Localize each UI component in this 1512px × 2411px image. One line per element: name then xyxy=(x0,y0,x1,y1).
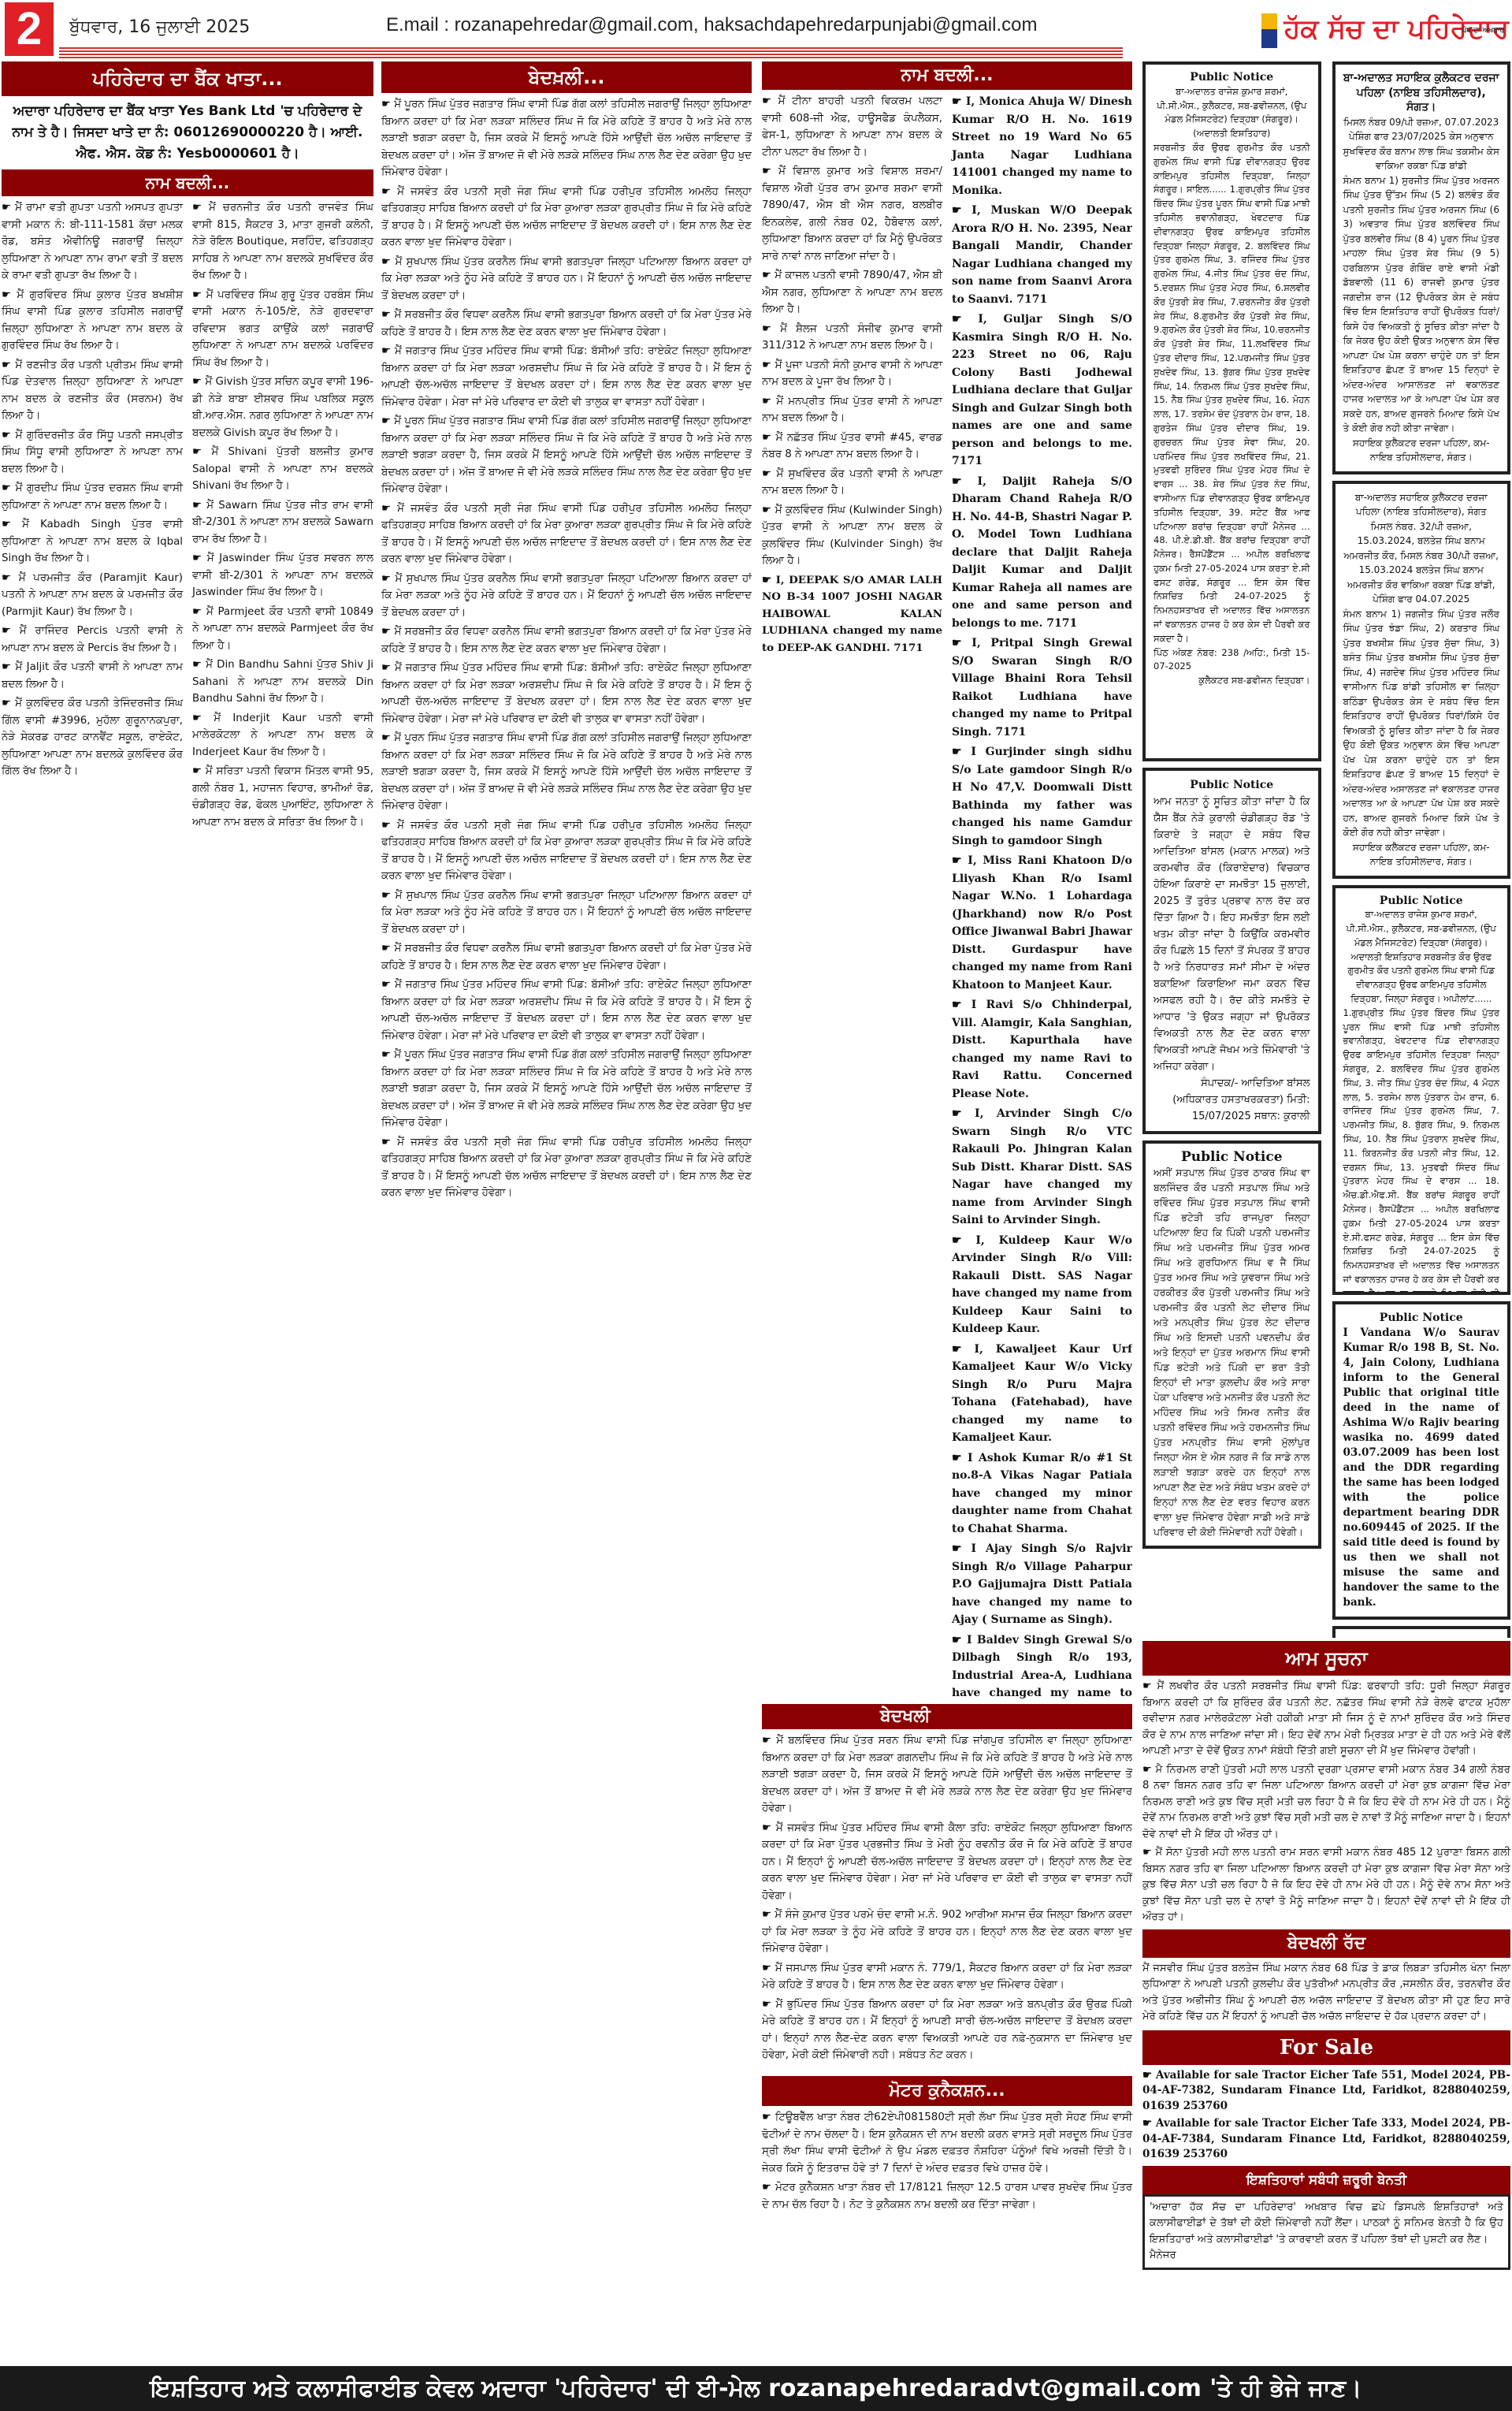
notice-item: ਮੈਂ Givish ਪੁੱਤਰ ਸਚਿਨ ਕਪੂਰ ਵਾਸੀ 196-ਡੀ ਨ… xyxy=(192,374,373,441)
notice-item: I, DEEPAK S/O AMAR LALH NO B-34 1007 JOS… xyxy=(762,572,942,657)
notice-item: I, Pritpal Singh Grewal S/O Swaran Singh… xyxy=(952,634,1132,741)
footer-banner: ਇਸ਼ਤਿਹਾਰ ਅਤੇ ਕਲਾਸੀਫਾਈਡ ਕੇਵਲ ਅਦਾਰਾ 'ਪਹਿਰੇ… xyxy=(0,2366,1512,2411)
notice-item: ਮੈਂ ਜਸਵੰਤ ਕੌਰ ਪਤਨੀ ਸ੍ਰੀ ਜੰਗ ਸਿੰਘ ਵਾਸੀ ਪਿ… xyxy=(381,1134,752,1202)
for-sale-banner: For Sale xyxy=(1142,2030,1510,2065)
notice-body: I Vandana W/o Saurav Kumar R/o 198 B, St… xyxy=(1343,1326,1500,1610)
notice-item: ਮੈਂ ਸੰਜੇ ਕੁਮਾਰ ਪੁੱਤਰ ਪਰਮੇ ਚੰਦ ਵਾਸੀ ਮ.ਨੰ.… xyxy=(762,1907,1132,1958)
logo-tagline: ਪੰਥ ਦਾ ਅਖ਼ਬਾਰ xyxy=(1462,5,1504,57)
notice-signature: ਸੰਪਾਦਕ/- ਆਦਿਤਿਆ ਬਾਂਸਲ (ਅਧਿਕਾਰਤ ਹਸਤਾਖਰਕਰਤ… xyxy=(1154,1075,1310,1125)
notice-body: ਅਸੀਂ ਸਤਪਾਲ ਸਿੰਘ ਪੁੱਤਰ ਠਾਕਰ ਸਿੰਘ ਵਾ ਬਲਜਿੰ… xyxy=(1154,1165,1310,1539)
notice-item: ਮੈਂ ਸੁਖਪਾਲ ਸਿੰਘ ਪੁੱਤਰ ਕਰਨੈਲ ਸਿੰਘ ਵਾਸੀ ਭਗ… xyxy=(381,254,752,305)
notice-item: ਮੈਂ ਸੁਖਪਾਲ ਸਿੰਘ ਪੁੱਤਰ ਕਰਨੈਲ ਸਿੰਘ ਵਾਸੀ ਭਗ… xyxy=(381,571,752,622)
notice-subtitle: ਬਾ-ਅਦਾਲਤ ਰਾਜੇਸ਼ ਕੁਮਾਰ ਸ਼ਰਮਾਂ, ਪੀ.ਸੀ.ਐਸ.,… xyxy=(1343,908,1500,1006)
disinherit-right-items: ਮੈਂ ਬਲਵਿੰਦਰ ਸਿੰਘ ਪੁੱਤਰ ਸਰਨ ਸਿੰਘ ਵਾਸੀ ਪਿੰ… xyxy=(762,1732,1132,2071)
name-change-right-section: ਨਾਮ ਬਦਲੀ... ਮੈਂ ਟੀਨਾ ਬਾਹਰੀ ਪਤਨੀ ਵਿਕਰਮ ਪਲ… xyxy=(762,61,1132,2216)
notice-subtitle: ਮਿਸਲ ਨੰਬਰ. 32/ਪੀ ਰਜ਼ਆ, 15.03.2024, ਬਲਤੇਜ… xyxy=(1343,519,1500,607)
notice-body: ਆਮ ਜਨਤਾ ਨੂੰ ਸੂਚਿਤ ਕੀਤਾ ਜਾਂਦਾ ਹੈ ਕਿ ਯੈੱਸ … xyxy=(1154,794,1310,1075)
notice-item: ਮੈਂ Din Bandhu Sahni ਪੁੱਤਰ Shiv Ji Sahan… xyxy=(192,657,373,708)
punjabi-notices: ਮੈਂ ਟੀਨਾ ਬਾਹਰੀ ਪਤਨੀ ਵਿਕਰਮ ਪਲਟਾ ਵਾਸੀ 608-… xyxy=(762,93,942,1701)
notice-item: ਮੈਂ ਪਰਮਜੀਤ ਕੌਰ (Paramjit Kaur) ਪਤਨੀ ਨੇ ਆ… xyxy=(2,570,183,621)
notice-body: ਸਰਬਜੀਤ ਕੌਰ ਉਰਫ ਗੁਰਮੀਤ ਕੌਰ ਪਤਨੀ ਗੁਰਮੇਲ ਸਿ… xyxy=(1154,141,1310,646)
bank-details: ਅਦਾਰਾ ਪਹਿਰੇਦਾਰ ਦਾ ਬੈਂਕ ਖਾਤਾ Yes Bank Ltd… xyxy=(2,98,373,168)
notice-signature: ਸਹਾਇਕ ਕਲੈਕਟਰ ਦਰਜਾ ਪਹਿਲਾ, ਕਮ-ਨਾਇਬ ਤਹਿਸੀਲਦ… xyxy=(1343,840,1500,869)
notice-item: ਮੈਂ ਵਿਸ਼ਾਲ ਕੁਮਾਰ ਅਤੇ ਵਿਸ਼ਾਲ ਸ਼ਰਮਾ/ਵਿਸ਼ਾਲ… xyxy=(762,163,942,265)
notice-item: ਮੈਂ ਭੁਪਿੰਦਰ ਸਿੰਘ ਪੁੱਤਰ ਬਿਆਨ ਕਰਦਾ ਹਾਂ ਕਿ … xyxy=(762,1996,1132,2064)
notice-item: ਮੈਂ ਚਰਨਜੀਤ ਕੌਰ ਪਤਨੀ ਰਾਜਵੰਤ ਸਿੰਘ ਵਾਸੀ 815… xyxy=(192,199,373,285)
disclaimer-signature: ਮੈਨੇਜਰ xyxy=(1150,2248,1503,2264)
public-notice-box: Public Notice ਆਮ ਜਨਤਾ ਨੂੰ ਸੂਚਿਤ ਕੀਤਾ ਜਾਂ… xyxy=(1142,768,1321,1134)
notice-item: ਮੈਂ ਜਸਵੰਤ ਸਿੰਘ ਪੁੱਤਰ ਮਹਿੰਦਰ ਸਿੰਘ ਵਾਸੀ ਕੈ… xyxy=(762,1820,1132,1905)
notice-item: I, Muskan W/O Deepak Arora R/O H. No. 23… xyxy=(952,202,1132,308)
khanda-flag-icon xyxy=(1261,13,1277,48)
notice-item: ਮੈਂ Shivani ਪੁੱਤਰੀ ਬਲਜੀਤ ਕੁਮਾਰ Salopal ਵ… xyxy=(192,444,373,495)
notice-title: ਬਾ-ਅਦਾਲਤ ਸਹਾਇਕ ਕੁਲੈਕਟਰ ਦਰਜਾ ਪਹਿਲਾ (ਨਾਇਬ … xyxy=(1343,71,1500,115)
name-change-right-columns: ਮੈਂ ਟੀਨਾ ਬਾਹਰੀ ਪਤਨੀ ਵਿਕਰਮ ਪਲਟਾ ਵਾਸੀ 608-… xyxy=(762,93,1132,1701)
notice-item: ਮੈਂ ਬਲਵਿੰਦਰ ਸਿੰਘ ਪੁੱਤਰ ਸਰਨ ਸਿੰਘ ਵਾਸੀ ਪਿੰ… xyxy=(762,1732,1132,1818)
page-number: 2 xyxy=(5,2,54,56)
public-notice-box: Public Notice ਬਾ-ਅਦਾਲਤ ਰਾਜੇਸ਼ ਕੁਮਾਰ ਸ਼ਰਮ… xyxy=(1332,885,1511,1295)
notice-item: ਮੈਂ ਪੂਰਨ ਸਿੰਘ ਪੁੱਤਰ ਜਗਤਾਰ ਸਿੰਘ ਵਾਸੀ ਪਿੰਡ… xyxy=(381,730,752,815)
notice-item: ਮੈਂ ਸੁਖਵਿੰਦਰ ਕੌਰ ਪਤਨੀ ਵਾਸੀ ਨੇ ਆਪਣਾ ਨਾਮ ਬ… xyxy=(762,466,942,500)
notice-item: ਮੈਂ ਰਾਜਿੰਦਰ Percis ਪਤਨੀ ਵਾਸੀ ਨੇ ਆਪਣਾ ਨਾਮ… xyxy=(2,623,183,657)
notice-item: ਮੈਂ ਗੁਰਵਿੰਦਰ ਸਿੰਘ ਕੁਲਾਰ ਪੁੱਤਰ ਬਖਸ਼ੀਸ਼ ਸਿ… xyxy=(2,287,183,355)
notice-item: ਮੈ ਨਿਰਮਲ ਰਾਣੀ ਪੁੱਤਰੀ ਮਹੀ ਲਾਲ ਪਤਨੀ ਦੁਰਗਾ … xyxy=(1142,1762,1510,1844)
notice-item: I Gurjinder singh sidhu S/o Late gamdoor… xyxy=(952,743,1132,850)
notice-item: ਮੋਟਰ ਕੁਨੈਕਸ਼ਨ ਖਾਤਾ ਨੰਬਰ ਦੀ 17/8121 ਜ਼ਿਲ੍… xyxy=(762,2179,1132,2213)
header-rule xyxy=(59,47,1123,58)
court-notices: Public Notice ਬਾ-ਅਦਾਲਤ ਰਾਜੇਸ਼ ਕੁਮਾਰ ਸ਼ਰਮ… xyxy=(1142,61,1510,1638)
issue-date: ਬੁੱਧਵਾਰ, 16 ਜੁਲਾਈ 2025 xyxy=(69,17,250,37)
notice-item: ਮੈਂ ਸੁਖਪਾਲ ਸਿੰਘ ਪੁੱਤਰ ਕਰਨੈਲ ਸਿੰਘ ਵਾਸੀ ਭਗ… xyxy=(381,887,752,939)
court-notices-left: Public Notice ਬਾ-ਅਦਾਲਤ ਰਾਜੇਸ਼ ਕੁਮਾਰ ਸ਼ਰਮ… xyxy=(1142,61,1321,1638)
notice-body: ਸੰਮਨ ਬਨਾਮ 1) ਸੁਰਜੀਤ ਸਿੰਘ ਪੁੱਤਰ ਅਰਜਨ ਸਿੰਘ… xyxy=(1343,173,1500,436)
public-notice-box: Public Notice ਬਾ-ਅਦਾਲਤ ਰਾਜੇਸ਼ ਕੁਮਾਰ ਸ਼ਰਮ… xyxy=(1142,61,1321,761)
notice-item: ਮੈਂ Kabadh Singh ਪੁੱਤਰ ਵਾਸੀ ਲੁਧਿਆਣਾ ਨੇ ਆ… xyxy=(2,516,183,567)
notice-body: 1.ਗੁਰਪ੍ਰੀਤ ਸਿੰਘ ਪੁੱਤਰ ਬਿੰਦਰ ਸਿੰਘ ਪੁੱਤਰ ਪ… xyxy=(1343,1006,1500,1295)
notice-item: ਮੈਂ Jaswinder ਸਿੰਘ ਪੁੱਤਰ ਸਵਰਨ ਲਾਲ ਵਾਸੀ ਬ… xyxy=(192,550,373,601)
disinherit-section: ਬੇਦਖ਼ਲੀ... ਮੈਂ ਪੂਰਨ ਸਿੰਘ ਪੁੱਤਰ ਜਗਤਾਰ ਸਿੰ… xyxy=(381,61,752,2363)
disinherit-right-banner: ਬੇਦਖਲੀ xyxy=(762,1704,1132,1729)
notice-item: ਮੈਂ ਰਣਜੀਤ ਕੌਰ ਪਤਨੀ ਪ੍ਰੀਤਮ ਸਿੰਘ ਵਾਸੀ ਪਿੰਡ… xyxy=(2,357,183,425)
hospital-notice: Public Notice ਅਮਨ ਹਸਪਤਾਲ ਖੰਨਾ ਮਿਤੀ 1/1/2… xyxy=(1332,1626,1511,1639)
notice-title: Public Notice xyxy=(1343,1311,1500,1326)
english-notices: I, Monica Ahuja W/ Dinesh Kumar R/O H. N… xyxy=(952,93,1132,1701)
notice-item: ਮੈਂ ਗੁਰਦੀਪ ਸਿੰਘ ਪੁੱਤਰ ਦਰਸ਼ਨ ਸਿੰਘ ਵਾਸੀ ਲੁ… xyxy=(2,480,183,514)
notice-subtitle: ਬਾ-ਅਦਾਲਤ ਰਾਜੇਸ਼ ਕੁਮਾਰ ਸ਼ਰਮਾਂ, ਪੀ.ਸੀ.ਐਸ.,… xyxy=(1154,85,1310,141)
notice-item: I Ravi S/o Chhinderpal, Vill. Alamgir, K… xyxy=(952,996,1132,1103)
bank-banner: ਪਹਿਰੇਦਾਰ ਦਾ ਬੈਂਕ ਖਾਤਾ... xyxy=(2,61,373,96)
disinherit-banner: ਬੇਦਖ਼ਲੀ... xyxy=(381,61,752,93)
court-summons-box: ਬਾ-ਅਦਾਲਤ ਸਹਾਇਕ ਕੁਲੈਕਟਰ ਦਰਜਾ ਪਹਿਲਾ (ਨਾਇਬ … xyxy=(1332,481,1511,879)
disclaimer-banner: ਇਸ਼ਤਿਹਾਰਾਂ ਸਬੰਧੀ ਜ਼ਰੂਰੀ ਬੇਨਤੀ xyxy=(1142,2166,1510,2194)
general-notice-banner: ਆਮ ਸੂਚਨਾ xyxy=(1142,1641,1510,1676)
notice-item: ਮੈਂ ਮਨਪ੍ਰੀਤ ਸਿੰਘ ਪੁੱਤਰ ਵਾਸੀ ਨੇ ਆਪਣਾ ਨਾਮ … xyxy=(762,393,942,427)
notice-item: ਮੈਂ ਕੁਲਵਿੰਦਰ ਸਿੰਘ (Kulwinder Singh) ਪੁੱਤ… xyxy=(762,502,942,570)
notice-item: I, Guljar Singh S/O Kasmira Singh R/O H.… xyxy=(952,311,1132,471)
notice-item: ਮੈਂ Inderjit Kaur ਪਤਨੀ ਵਾਸੀ ਮਾਲੇਰਕੋਟਲਾ ਨ… xyxy=(192,710,373,761)
name-change-columns: ਮੈਂ ਰਾਮਾ ਵਤੀ ਗੁਪਤਾ ਪਤਨੀ ਅਸਪਤ ਗੁਪਤਾ ਵਾਸੀ … xyxy=(2,199,373,2327)
notice-item: ਮੈਂ ਸਰਬਜੀਤ ਕੌਰ ਵਿਧਵਾ ਕਰਨੈਲ ਸਿੰਘ ਵਾਸੀ ਭਗਤ… xyxy=(381,940,752,974)
notice-item: ਮੈਂ ਪਰਵਿੰਦਰ ਸਿੰਘ ਗੁਰੂ ਪੁੱਤਰ ਹਰਬੰਸ ਸਿੰਘ ਵ… xyxy=(192,287,373,372)
notice-item: ਮੈਂ Parmjeet ਕੌਰ ਪਤਨੀ ਵਾਸੀ 10849 ਨੇ ਆਪਣਾ… xyxy=(192,604,373,655)
footer-text: ਇਸ਼ਤਿਹਾਰ ਅਤੇ ਕਲਾਸੀਫਾਈਡ ਕੇਵਲ ਅਦਾਰਾ 'ਪਹਿਰੇ… xyxy=(150,2375,1362,2402)
name-change-col-b: ਮੈਂ ਚਰਨਜੀਤ ਕੌਰ ਪਤਨੀ ਰਾਜਵੰਤ ਸਿੰਘ ਵਾਸੀ 815… xyxy=(192,199,373,2327)
notice-title: ਬਾ-ਅਦਾਲਤ ਸਹਾਇਕ ਕੁਲੈਕਟਰ ਦਰਜਾ ਪਹਿਲਾ (ਨਾਇਬ … xyxy=(1343,490,1500,519)
notice-title: Public Notice xyxy=(1154,1150,1310,1165)
public-notice-box: Public Notice ਅਸੀਂ ਸਤਪਾਲ ਸਿੰਘ ਪੁੱਤਰ ਠਾਕਰ… xyxy=(1142,1140,1321,1549)
left-section: ਪਹਿਰੇਦਾਰ ਦਾ ਬੈਂਕ ਖਾਤਾ... ਅਦਾਰਾ ਪਹਿਰੇਦਾਰ … xyxy=(2,61,373,2327)
notice-item: ਮੈਂ ਸਰਬਜੀਤ ਕੌਰ ਵਿਧਵਾ ਕਰਨੈਲ ਸਿੰਘ ਵਾਸੀ ਭਗਤ… xyxy=(381,623,752,657)
for-sale-items: Available for sale Tractor Eicher Tafe 5… xyxy=(1142,2068,1510,2163)
notice-title: Public Notice xyxy=(1343,895,1500,909)
notice-item: ਮੈਂ ਜਸਵੰਤ ਕੌਰ ਪਤਨੀ ਸ੍ਰੀ ਜੰਗ ਸਿੰਘ ਵਾਸੀ ਪਿ… xyxy=(381,184,752,251)
notice-item: ਮੈਂ ਜਗਤਾਰ ਸਿੰਘ ਪੁੱਤਰ ਮਹਿੰਦਰ ਸਿੰਘ ਵਾਸੀ ਪਿ… xyxy=(381,343,752,411)
lost-deed-notice: Public Notice I Vandana W/o Saurav Kumar… xyxy=(1332,1301,1511,1620)
notice-item: ਟਿਊਬਵੈੱਲ ਖਾਤਾ ਨੰਬਰ ਟੀ62ਏਪੀ081580ਟੀ ਸ੍ਰੀ … xyxy=(762,2109,1132,2177)
notice-item: I Ajay Singh S/o Rajvir Singh R/o Villag… xyxy=(952,1540,1132,1629)
notice-item: I Baldev Singh Grewal S/o Dilbagh Singh … xyxy=(952,1632,1132,1702)
notice-item: ਮੈਂ ਸ਼ੈਲਜ ਪਤਨੀ ਸੰਜੀਵ ਕੁਮਾਰ ਵਾਸੀ 311/312 … xyxy=(762,321,942,355)
notice-item: ਮੈਂ ਕਾਜਲ ਪਤਨੀ ਵਾਸੀ 7890/47, ਐਸ ਬੀ ਐਸ ਨਗਰ… xyxy=(762,267,942,318)
name-change-col-a: ਮੈਂ ਰਾਮਾ ਵਤੀ ਗੁਪਤਾ ਪਤਨੀ ਅਸਪਤ ਗੁਪਤਾ ਵਾਸੀ … xyxy=(2,199,183,2327)
court-notices-right: ਬਾ-ਅਦਾਲਤ ਸਹਾਇਕ ਕੁਲੈਕਟਰ ਦਰਜਾ ਪਹਿਲਾ (ਨਾਇਬ … xyxy=(1332,61,1511,1638)
notice-title: Public Notice xyxy=(1154,777,1310,794)
notice-signature: ਕੁਲੈਕਟਰ ਸਬ-ਡਵੀਜਨ ਦਿੜ੍ਹਬਾ। xyxy=(1154,674,1310,688)
notice-item: ਮੈਂ ਲਖਵੀਰ ਕੌਰ ਪਤਨੀ ਸਰਬਜੀਤ ਸਿੰਘ ਵਾਸੀ ਪਿੰਡ… xyxy=(1142,1679,1510,1760)
notice-item: ਮੈਂ ਜਸਵੰਤ ਕੌਰ ਪਤਨੀ ਸ੍ਰੀ ਜੰਗ ਸਿੰਘ ਵਾਸੀ ਪਿ… xyxy=(381,817,752,885)
notice-item: ਮੈਂ ਜਗਤਾਰ ਸਿੰਘ ਪੁੱਤਰ ਮਹਿੰਦਰ ਸਿੰਘ ਵਾਸੀ ਪਿ… xyxy=(381,660,752,727)
disclaimer-text: 'ਅਦਾਰਾ ਹੱਕ ਸੱਚ ਦਾ ਪਹਿਰੇਦਾਰ' ਅਖ਼ਬਾਰ ਵਿਚ ਛ… xyxy=(1150,2201,1503,2245)
notice-item: ਮੈਂ ਨਛੱਤਰ ਸਿੰਘ ਪੁੱਤਰ ਵਾਸੀ #45, ਵਾਰਡ ਨੰਬਰ… xyxy=(762,430,942,463)
notice-item: ਮੈਂ ਕੁਲਵਿੰਦਰ ਕੌਰ ਪਤਨੀ ਤੇਜਿੰਦਰਜੀਤ ਸਿੰਘ ਗਿ… xyxy=(2,695,183,780)
disinherit-cancel-banner: ਬੇਦਖਲੀ ਰੱਦ xyxy=(1142,1929,1510,1958)
notice-body: ਸੰਮਨ ਬਨਾਮ 1) ਜਗਜੀਤ ਸਿੰਘ ਪੁੱਤਰ ਜਲੌਰ ਸਿੰਘ … xyxy=(1343,607,1500,840)
name-change-right-banner: ਨਾਮ ਬਦਲੀ... xyxy=(762,61,1132,90)
notice-item: ਮੈਂ ਗੁਰਿੰਦਰਜੀਤ ਕੌਰ ਸਿੱਧੂ ਪਤਨੀ ਜਸਪ੍ਰੀਤ ਸਿ… xyxy=(2,427,183,478)
notice-item: ਮੈਂ ਪੂਰਨ ਸਿੰਘ ਪੁੱਤਰ ਜਗਤਾਰ ਸਿੰਘ ਵਾਸੀ ਪਿੰਡ… xyxy=(381,1047,752,1132)
notice-item: ਮੈਂ ਰਾਮਾ ਵਤੀ ਗੁਪਤਾ ਪਤਨੀ ਅਸਪਤ ਗੁਪਤਾ ਵਾਸੀ … xyxy=(2,199,183,285)
notice-signature: ਸਹਾਇਕ ਕੁਲੈਕਟਰ ਦਰਜਾ ਪਹਿਲਾ, ਕਮ-ਨਾਇਬ ਤਹਿਸੀਲ… xyxy=(1343,436,1500,465)
name-change-banner: ਨਾਮ ਬਦਲੀ... xyxy=(2,169,373,196)
notice-item: ਮੈਂ ਜਸਵੰਤ ਕੌਰ ਪਤਨੀ ਸ੍ਰੀ ਜੰਗ ਸਿੰਘ ਵਾਸੀ ਪਿ… xyxy=(381,500,752,568)
notice-item: I, Miss Rani Khatoon D/o Lliyash Khan R/… xyxy=(952,852,1132,994)
notice-item: I, Daljit Raheja S/O Dharam Chand Raheja… xyxy=(952,473,1132,633)
court-summons-box: ਬਾ-ਅਦਾਲਤ ਸਹਾਇਕ ਕੁਲੈਕਟਰ ਦਰਜਾ ਪਹਿਲਾ (ਨਾਇਬ … xyxy=(1332,61,1511,474)
disinherit-cancel-text: ਮੈਂ ਜਸਵੀਰ ਸਿੰਘ ਪੁੱਤਰ ਬਲਤੇਜ ਸਿੰਘ ਮਕਾਨ ਨੰਬ… xyxy=(1142,1961,1510,2026)
sale-item: Available for sale Tractor Eicher Tafe 5… xyxy=(1142,2068,1510,2115)
disclaimer-box: 'ਅਦਾਰਾ ਹੱਕ ਸੱਚ ਦਾ ਪਹਿਰੇਦਾਰ' ਅਖ਼ਬਾਰ ਵਿਚ ਛ… xyxy=(1142,2194,1510,2270)
motor-connection-banner: ਮੋਟਰ ਕੁਨੈਕਸ਼ਨ... xyxy=(762,2076,1132,2106)
notice-item: ਮੈਂ ਸੋਨਾ ਪੁੱਤਰੀ ਮਹੀ ਲਾਲ ਪਤਨੀ ਰਾਮ ਸਰਨ ਵਾਸ… xyxy=(1142,1845,1510,1926)
general-notice-items: ਮੈਂ ਲਖਵੀਰ ਕੌਰ ਪਤਨੀ ਸਰਬਜੀਤ ਸਿੰਘ ਵਾਸੀ ਪਿੰਡ… xyxy=(1142,1679,1510,1926)
notice-item: ਮੈਂ ਸਰਬਜੀਤ ਕੌਰ ਵਿਧਵਾ ਕਰਨੈਲ ਸਿੰਘ ਵਾਸੀ ਭਗਤ… xyxy=(381,307,752,340)
page-header: 2 ਬੁੱਧਵਾਰ, 16 ਜੁਲਾਈ 2025 E.mail : rozana… xyxy=(0,0,1512,60)
notice-item: ਮੈਂ ਪੂਜਾ ਪਤਨੀ ਸੰਨੀ ਕੁਮਾਰ ਵਾਸੀ ਨੇ ਆਪਣਾ ਨਾ… xyxy=(762,357,942,391)
notice-subtitle: ਮਿਸਲ ਨੰਬਰ 09/ਪੀ ਰਜ਼ਆ, 07.07.2023 ਪੇਸ਼ਿੰਗ… xyxy=(1343,115,1500,173)
notice-item: I, Monica Ahuja W/ Dinesh Kumar R/O H. N… xyxy=(952,93,1132,199)
notice-item: ਮੈਂ Jaljit ਕੌਰ ਪਤਨੀ ਵਾਸੀ ਨੇ ਆਪਣਾ ਨਾਮ ਬਦਲ… xyxy=(2,659,183,693)
notice-item: ਮੈਂ ਪੂਰਨ ਸਿੰਘ ਪੁੱਤਰ ਜਗਤਾਰ ਸਿੰਘ ਵਾਸੀ ਪਿੰਡ… xyxy=(381,96,752,181)
notice-title: Public Notice xyxy=(1154,71,1310,85)
notice-item: ਮੈਂ ਟੀਨਾ ਬਾਹਰੀ ਪਤਨੀ ਵਿਕਰਮ ਪਲਟਾ ਵਾਸੀ 608-… xyxy=(762,93,942,161)
notice-item: ਮੈਂ ਜਗਤਾਰ ਸਿੰਘ ਪੁੱਤਰ ਮਹਿੰਦਰ ਸਿੰਘ ਵਾਸੀ ਪਿ… xyxy=(381,977,752,1044)
notice-item: I Ashok Kumar R/o #1 St no.8-A Vikas Nag… xyxy=(952,1449,1132,1539)
header-email[interactable]: E.mail : rozanapehredar@gmail.com, haksa… xyxy=(386,14,1037,36)
notice-footer: ਪਿੰਠ ਅੰਕਣ ਨੰਬਰ: 238 /ਅਹਿ:, ਮਿਤੀ 15-07-20… xyxy=(1154,646,1310,675)
notice-item: I, Arvinder Singh C/o Swarn Singh R/o VT… xyxy=(952,1105,1132,1230)
notice-item: ਮੈਂ ਸਰਿਤਾ ਪਤਨੀ ਵਿਕਾਸ ਮਿੱਤਲ ਵਾਸੀ 95, ਗਲੀ … xyxy=(192,763,373,831)
sale-item: Available for sale Tractor Eicher Tafe 3… xyxy=(1142,2116,1510,2163)
notice-item: ਮੈਂ ਜਸਪਾਲ ਸਿੰਘ ਪੁੱਤਰ ਵਾਸੀ ਮਕਾਨ ਨੰ. 779/1… xyxy=(762,1960,1132,1994)
public-notices-section: Public Notice ਬਾ-ਅਦਾਲਤ ਰਾਜੇਸ਼ ਕੁਮਾਰ ਸ਼ਰਮ… xyxy=(1142,61,1510,2270)
masthead-logo: ਪੰਥ ਦਾ ਅਖ਼ਬਾਰ ਹੱਕ ਸੱਚ ਦਾ ਪਹਿਰੇਦਾਰ xyxy=(1229,3,1509,55)
notice-item: I, Kuldeep Kaur W/o Arvinder Singh R/o V… xyxy=(952,1232,1132,1338)
notice-item: ਮੈਂ Sawarn ਸਿੰਘ ਪੁੱਤਰ ਜੀਤ ਰਾਮ ਵਾਸੀ ਬੀ-2/… xyxy=(192,497,373,549)
notice-item: ਮੈਂ ਪੂਰਨ ਸਿੰਘ ਪੁੱਤਰ ਜਗਤਾਰ ਸਿੰਘ ਵਾਸੀ ਪਿੰਡ… xyxy=(381,413,752,498)
notice-item: I, Kawaljeet Kaur Urf Kamaljeet Kaur W/o… xyxy=(952,1341,1132,1447)
notice-title: Public Notice xyxy=(1343,1635,1500,1639)
